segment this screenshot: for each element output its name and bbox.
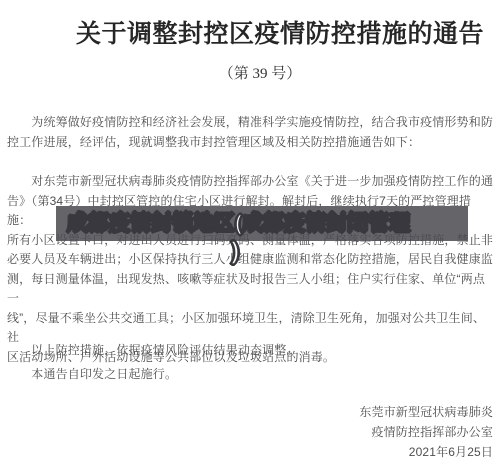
notice-document: 关于调整封控区疫情防控措施的通告 （第 39 号） 为统筹做好疫情防控和经济社会… xyxy=(0,0,500,469)
signature-date: 2021年6月25日 xyxy=(193,442,493,462)
watermark-band: 成都疫情封锁地区(成都疫情封闭管理 xyxy=(56,206,468,241)
watermark-closing-paren: ) xyxy=(231,236,239,266)
notice-paragraph-intro: 为统筹做好疫情防控和经济社会发展，精准科学实施疫情防控，结合我市疫情形势和防 控… xyxy=(7,113,494,152)
notice-title: 关于调整封控区疫情防控措施的通告 xyxy=(60,14,500,50)
signature-org-line-2: 疫情防控指挥部办公室 xyxy=(193,422,493,442)
signature-org-line-1: 东莞市新型冠状病毒肺炎 xyxy=(193,402,493,422)
notice-issue-number: （第 39 号） xyxy=(20,62,500,83)
notice-paragraph-measures: 对东莞市新型冠状病毒肺炎疫情防控指挥部办公室《关于进一步加强疫情防控工作的通 告… xyxy=(7,172,494,367)
notice-paragraph-adjustment: 以上防控措施，依据疫情风险评估结果动态调整。 xyxy=(7,341,494,361)
watermark-title-text: 成都疫情封锁地区(成都疫情封闭管理 xyxy=(67,206,462,241)
signature-block: 东莞市新型冠状病毒肺炎 疫情防控指挥部办公室 2021年6月25日 xyxy=(193,402,493,462)
notice-paragraph-effective: 本通告自印发之日起施行。 xyxy=(7,365,494,385)
